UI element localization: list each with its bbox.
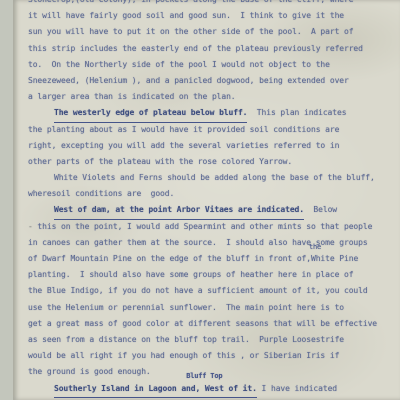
text-line: Stonecrop,(old Colony), in pockets along… [28, 0, 388, 8]
text-line: a larger area than is indicated on the p… [28, 89, 388, 105]
text-segment: this strip includes the easterly end of … [28, 41, 363, 57]
text-segment: Below [304, 202, 337, 218]
text-segment: I have indicated [257, 381, 337, 397]
text-segment: wheresoil conditions are good. [28, 186, 174, 202]
text-line: to. On the Northerly side of the pool I … [28, 57, 388, 73]
underlined-heading-text: Southerly Island in Lagoon and, [54, 381, 200, 398]
interlinear-insertion: the [309, 244, 321, 251]
text-line: sun you will have to put it on the other… [28, 24, 388, 40]
text-segment: White Pinethe [311, 251, 358, 267]
text-segment: This plan indicates [247, 105, 346, 121]
text-line: this strip includes the easterly end of … [28, 41, 388, 57]
text-line: the planting about as I would have it pr… [28, 122, 388, 138]
document-page: Stonecrop,(old Colony), in pockets along… [13, 0, 400, 400]
text-segment: Sneezeweed, (Helenium ), and a panicled … [28, 73, 349, 89]
text-segment: this on the point, I would add Spearmint… [33, 219, 373, 235]
text-line: it will have fairly good soil and good s… [28, 8, 388, 24]
text-segment: use the Helenium or perennial sunflower.… [28, 300, 344, 316]
interlinear-insertion: Bluff Top [186, 373, 222, 380]
text-segment: the Blue Indigo, if you do not have a su… [28, 283, 368, 299]
text-segment: other parts of the plateau with the rose… [28, 154, 292, 170]
text-line: get a great mass of good color at differ… [28, 316, 388, 332]
text-segment: would be all right if you had enough of … [28, 348, 339, 364]
text-segment: planting. I should also have some groups… [28, 267, 353, 283]
text-line: other parts of the plateau with the rose… [28, 154, 388, 170]
text-segment: a larger area than is indicated on the p… [28, 89, 236, 105]
text-segment: of Dwarf Mountain Pine on the edge of th… [28, 251, 311, 267]
text-line: - this on the point, I would add Spearmi… [28, 219, 388, 235]
text-line: would be all right if you had enough of … [28, 348, 388, 364]
underlined-heading-text: West of dam, at the point Arbor Vitaes a… [54, 202, 304, 219]
text-segment: sun you will have to put it on the other… [28, 24, 353, 40]
text-segment: the ground is good enough. [28, 364, 151, 380]
text-segment: right, excepting you will add the severa… [28, 138, 339, 154]
text-segment: White Violets and Ferns should be added … [54, 170, 375, 186]
text-segment: Stonecrop,(old Colony), in pockets along… [28, 0, 353, 8]
text-line: use the Helenium or perennial sunflower.… [28, 300, 388, 316]
text-line: The westerly edge of plateau below bluff… [28, 105, 388, 121]
text-line: in canoes can gather them at the source.… [28, 235, 388, 251]
text-line: Sneezeweed, (Helenium ), and a panicled … [28, 73, 388, 89]
text-line: right, excepting you will add the severa… [28, 138, 388, 154]
text-line: wheresoil conditions are good. [28, 186, 388, 202]
text-segment: it will have fairly good soil and good s… [28, 8, 344, 24]
typewritten-text-block: Stonecrop,(old Colony), in pockets along… [28, 0, 388, 397]
text-line: West of dam, at the point Arbor Vitaes a… [28, 202, 388, 218]
text-line: the Blue Indigo, if you do not have a su… [28, 283, 388, 299]
underlined-heading-text: The westerly edge of plateau below bluff… [54, 105, 247, 122]
text-line: of Dwarf Mountain Pine on the edge of th… [28, 251, 388, 267]
text-line: as seen from a distance on the bluff top… [28, 332, 388, 348]
underlined-heading-text: West of it.Bluff Top [200, 381, 257, 398]
text-line: Southerly Island in Lagoon and, West of … [28, 381, 388, 397]
text-segment: get a great mass of good color at differ… [28, 316, 377, 332]
text-segment: to. On the Northerly side of the pool I … [28, 57, 330, 73]
text-line: White Violets and Ferns should be added … [28, 170, 388, 186]
text-line: planting. I should also have some groups… [28, 267, 388, 283]
text-segment: the planting about as I would have it pr… [28, 122, 339, 138]
text-segment: as seen from a distance on the bluff top… [28, 332, 344, 348]
